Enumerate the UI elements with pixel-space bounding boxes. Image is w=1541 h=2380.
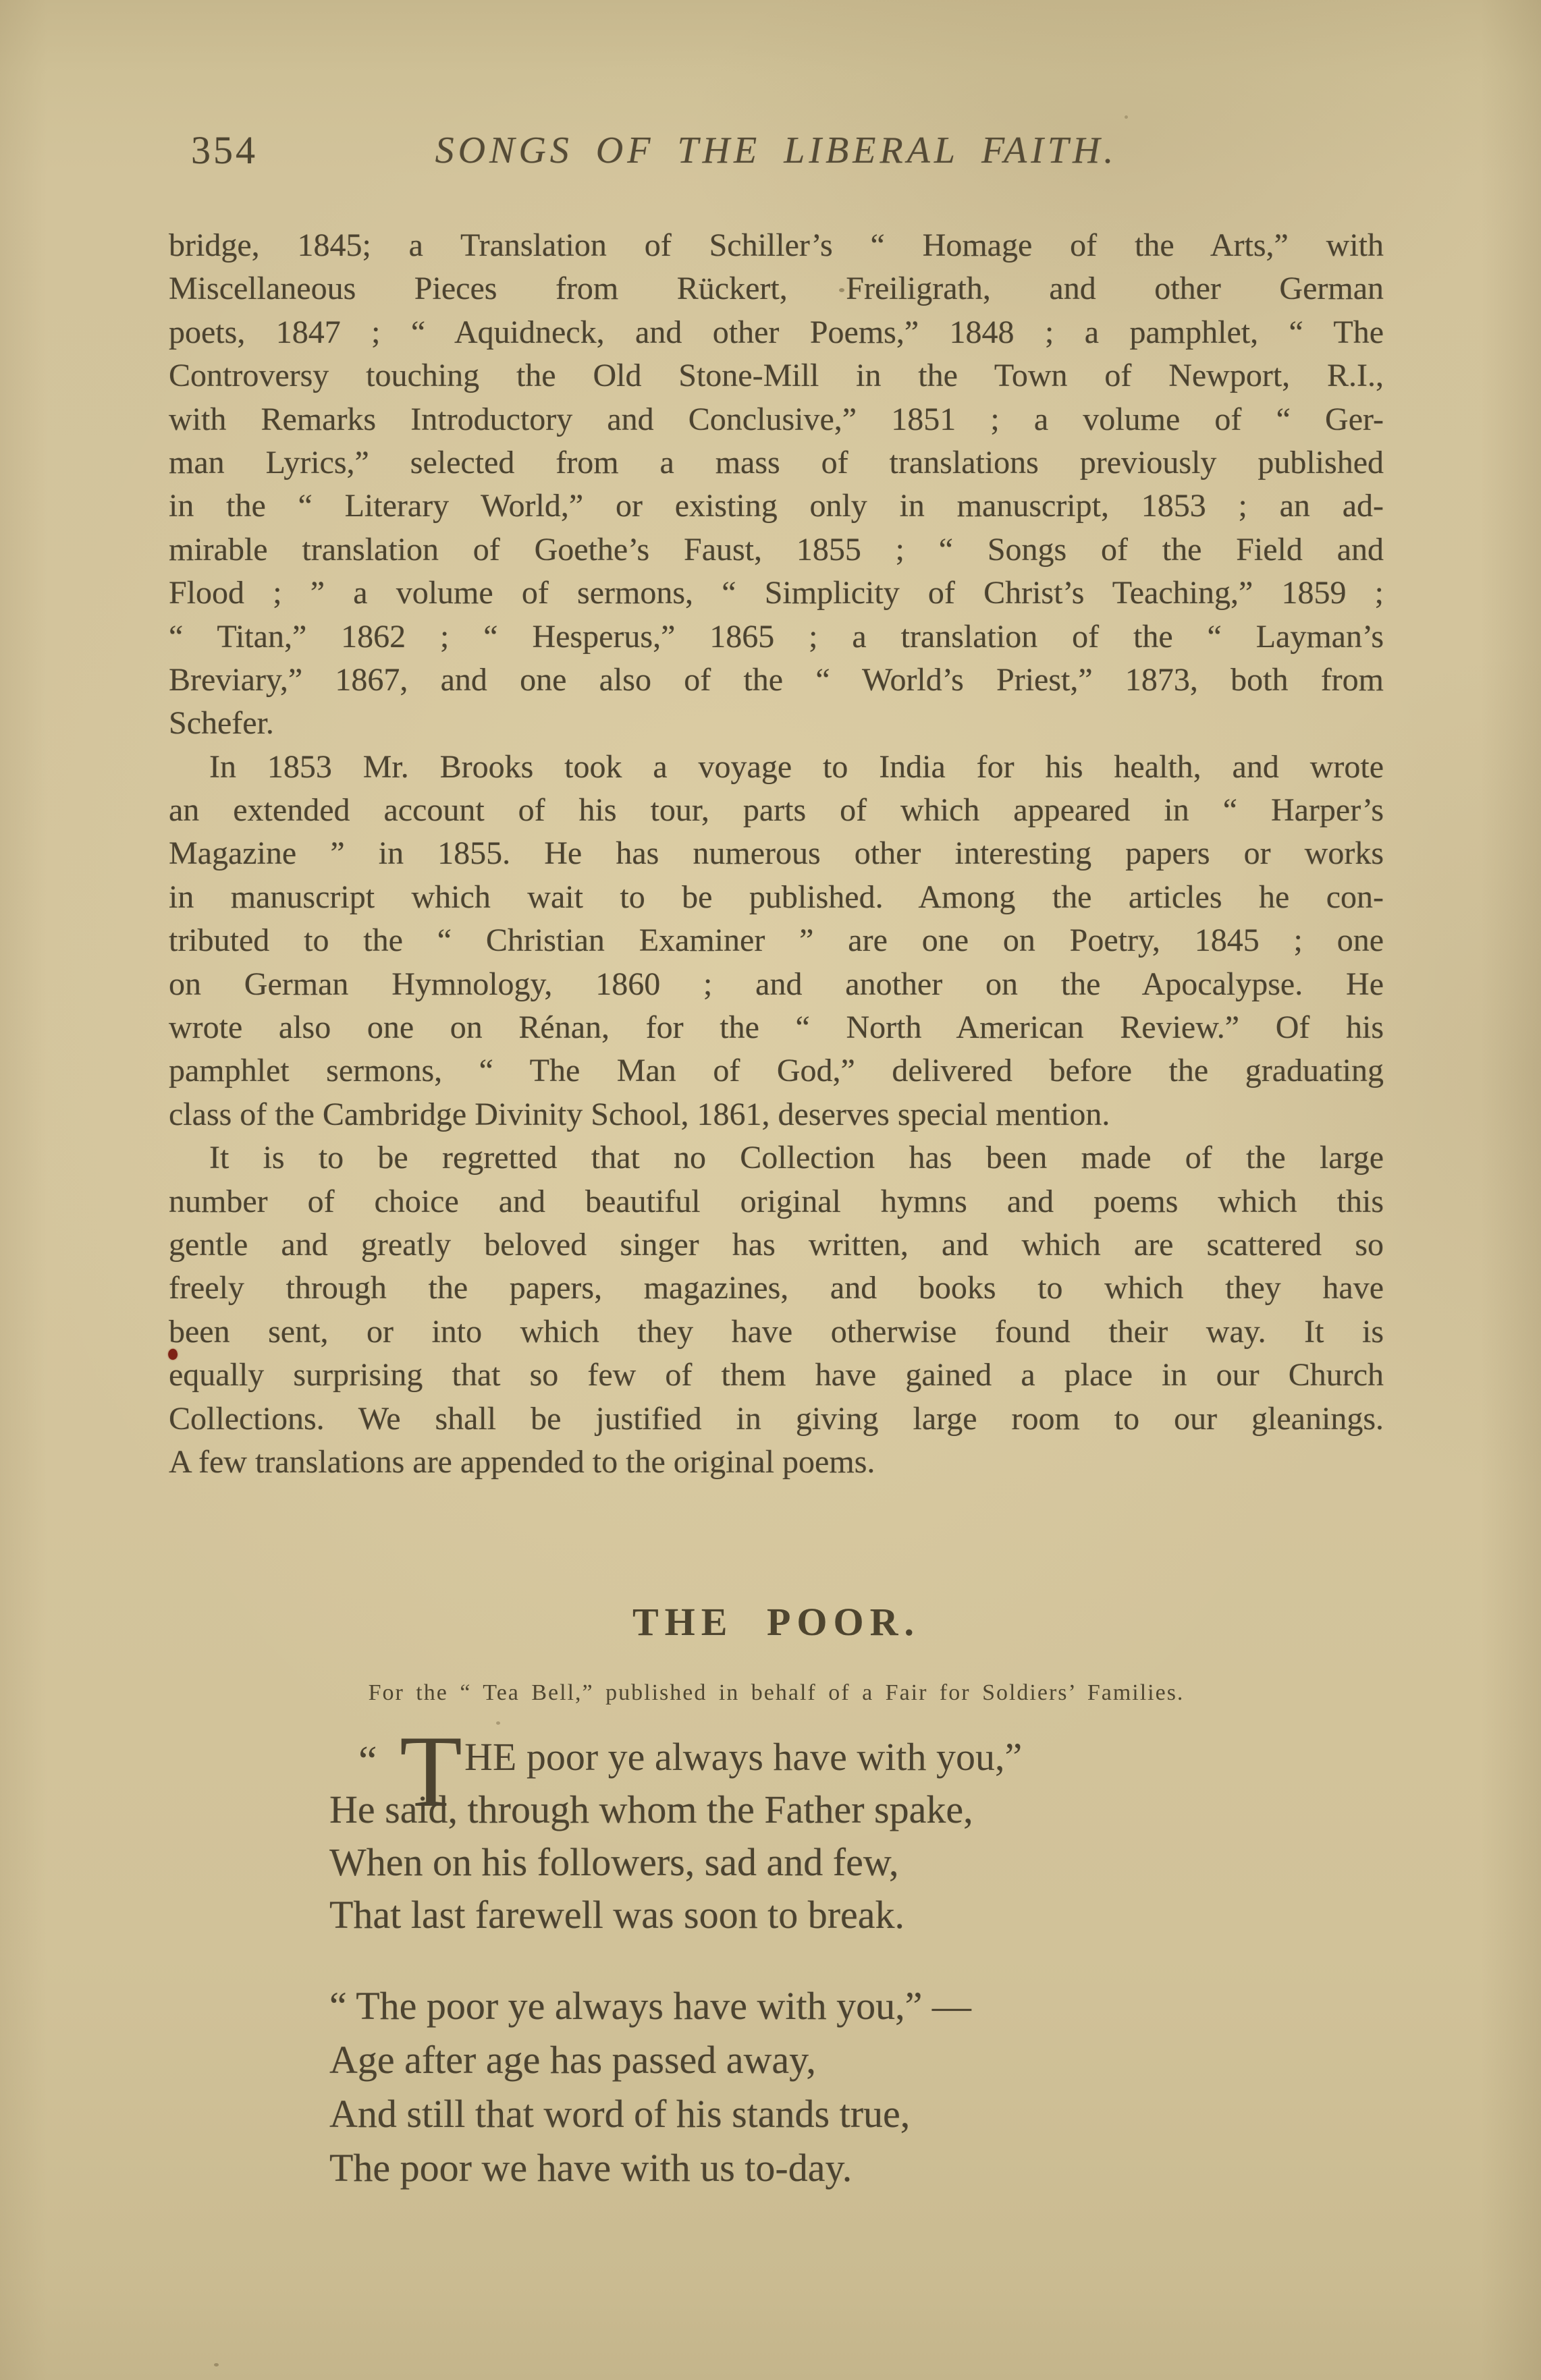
prose-line: in the “ Literary World,” or existing on… [169,485,1384,528]
running-head: 354 SONGS OF THE LIBERAL FAITH. [169,126,1384,175]
prose-line: bridge, 1845; a Translation of Schiller’… [169,224,1384,267]
prose-line: on German Hymnology, 1860 ; and another … [169,963,1384,1006]
prose-line: wrote also one on Rénan, for the “ North… [169,1006,1384,1049]
poem-line: “ T HE poor ye always have with you,” [329,1731,1022,1783]
poem-stanza-2: “ The poor ye always have with you,” —Ag… [329,1979,971,2195]
poem-line-text: HE poor ye always have with you,” [464,1731,1022,1783]
prose-line: gentle and greatly beloved singer has wr… [169,1223,1384,1267]
poem-line: Age after age has passed away, [329,2033,971,2087]
opening-quote: “ [358,1740,377,1782]
running-title: SONGS OF THE LIBERAL FAITH. [169,126,1384,175]
prose-line: Collections. We shall be justified in gi… [169,1397,1384,1441]
drop-cap-letter: T [400,1720,462,1823]
prose-line: A few translations are appended to the o… [169,1441,1384,1484]
prose-line: Breviary,” 1867, and one also of the “ W… [169,659,1384,702]
paper-speck [214,2363,219,2367]
poem-line: That last farewell was soon to break. [329,1889,1022,1941]
poem-line: When on his followers, sad and few, [329,1836,1022,1889]
book-page-scan: 354 SONGS OF THE LIBERAL FAITH. bridge, … [0,0,1541,2380]
prose-line: In 1853 Mr. Brooks took a voyage to Indi… [169,746,1384,789]
poem-line: And still that word of his stands true, [329,2087,971,2141]
prose-line: “ Titan,” 1862 ; “ Hesperus,” 1865 ; a t… [169,615,1384,659]
prose-line: an extended account of his tour, parts o… [169,789,1384,832]
poem-stanza-1: “ T HE poor ye always have with you,” He… [329,1731,1022,1941]
prose-line: Controversy touching the Old Stone-Mill … [169,354,1384,397]
prose-line: pamphlet sermons, “ The Man of God,” del… [169,1049,1384,1092]
prose-line: tributed to the “ Christian Examiner ” a… [169,919,1384,962]
prose-line: Magazine ” in 1855. He has numerous othe… [169,832,1384,875]
poem-title: THE POOR. [169,1601,1384,1643]
poem-line: “ The poor ye always have with you,” — [329,1979,971,2033]
prose-line: equally surprising that so few of them h… [169,1354,1384,1397]
prose-line: number of choice and beautiful original … [169,1180,1384,1223]
prose-line: class of the Cambridge Divinity School, … [169,1093,1384,1136]
poem-line: The poor we have with us to-day. [329,2141,971,2195]
prose-line: freely through the papers, magazines, an… [169,1267,1384,1310]
paper-speck [839,288,844,292]
prose-line: Schefer. [169,702,1384,745]
biography-text-block: bridge, 1845; a Translation of Schiller’… [169,224,1384,1484]
prose-line: in manuscript which wait to be published… [169,876,1384,919]
prose-line: man Lyrics,” selected from a mass of tra… [169,441,1384,485]
prose-line: poets, 1847 ; “ Aquidneck, and other Poe… [169,311,1384,354]
paper-speck [1125,115,1128,119]
prose-line: been sent, or into which they have other… [169,1310,1384,1354]
prose-line: mirable translation of Goethe’s Faust, 1… [169,528,1384,572]
poem-dedication: For the “ Tea Bell,” published in behalf… [169,1680,1384,1707]
prose-line: Miscellaneous Pieces from Rückert, Freil… [169,267,1384,310]
prose-line: with Remarks Introductory and Conclusive… [169,398,1384,441]
prose-line: It is to be regretted that no Collection… [169,1136,1384,1180]
paper-speck [496,1721,500,1725]
prose-line: Flood ; ” a volume of sermons, “ Simplic… [169,572,1384,615]
